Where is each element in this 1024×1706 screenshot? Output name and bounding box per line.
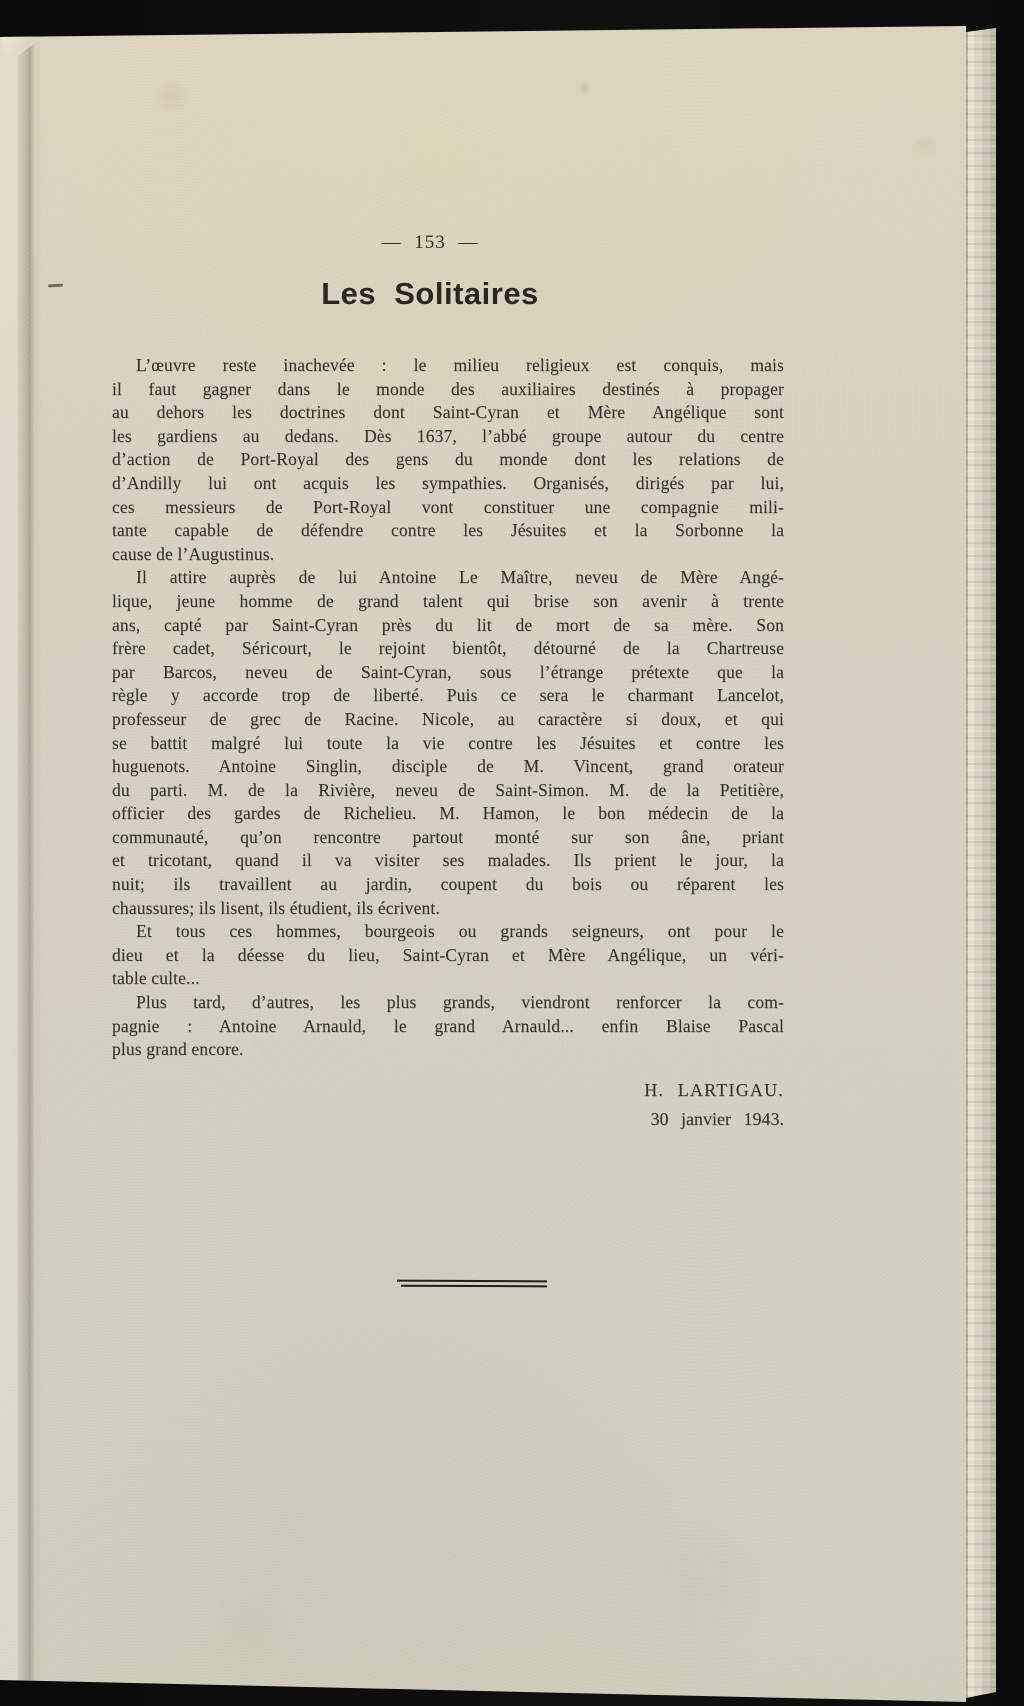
text-line: se battit malgré lui toute la vie contre… <box>112 732 784 756</box>
text-line: L’œuvre reste inachevée : le milieu reli… <box>112 354 784 378</box>
signature-block: H. LARTIGAU. 30 janvier 1943. <box>112 1076 784 1134</box>
text-line: ans, capté par Saint-Cyran près du lit d… <box>112 614 784 638</box>
paragraph-2: Il attire auprès de lui Antoine Le Maîtr… <box>112 566 784 920</box>
text-line: Il attire auprès de lui Antoine Le Maîtr… <box>112 566 784 590</box>
text-line: et tricotant, quand il va visiter ses ma… <box>112 849 784 873</box>
page-edge-stack <box>966 28 996 1698</box>
signature-author: H. LARTIGAU. <box>112 1076 784 1105</box>
text-line: nuit; ils travaillent au jardin, coupent… <box>112 873 784 897</box>
text-line: les gardiens au dedans. Dès 1637, l’abbé… <box>112 425 784 449</box>
text-line: plus grand encore. <box>112 1038 784 1062</box>
text-line: chaussures; ils lisent, ils étudient, il… <box>112 897 784 921</box>
text-line: officier des gardes de Richelieu. M. Ham… <box>112 802 784 826</box>
text-line: communauté, qu’on rencontre partout mont… <box>112 826 784 850</box>
scan-background: — 153 — Les Solitaires L’œuvre reste ina… <box>0 0 1024 1706</box>
book-page: — 153 — Les Solitaires L’œuvre reste ina… <box>0 26 966 1702</box>
text-line: du parti. M. de la Rivière, neveu de Sai… <box>112 779 784 803</box>
text-line: dieu et la déesse du lieu, Saint-Cyran e… <box>112 944 784 968</box>
text-line: Et tous ces hommes, bourgeois ou grands … <box>112 920 784 944</box>
page-number: — 153 — <box>100 232 760 254</box>
article-body: L’œuvre reste inachevée : le milieu reli… <box>112 354 784 1062</box>
text-line: par Barcos, neveu de Saint-Cyran, sous l… <box>112 661 784 685</box>
text-line: au dehors les doctrines dont Saint-Cyran… <box>112 401 784 425</box>
text-line: pagnie : Antoine Arnauld, le grand Arnau… <box>112 1015 784 1039</box>
text-line: d’action de Port-Royal des gens du monde… <box>112 448 784 472</box>
text-line: huguenots. Antoine Singlin, disciple de … <box>112 755 784 779</box>
end-divider-rule <box>397 1280 547 1288</box>
paragraph-1: L’œuvre reste inachevée : le milieu reli… <box>112 354 784 566</box>
divider-line-top <box>397 1280 547 1283</box>
text-line: règle y accorde trop de liberté. Puis ce… <box>112 684 784 708</box>
page-title: Les Solitaires <box>100 276 760 312</box>
signature-date: 30 janvier 1943. <box>112 1105 784 1134</box>
text-line: il faut gagner dans le monde des auxilia… <box>112 378 784 402</box>
text-line: lique, jeune homme de grand talent qui b… <box>112 590 784 614</box>
text-line: cause de l’Augustinus. <box>112 543 784 567</box>
paragraph-4: Plus tard, d’autres, les plus grands, vi… <box>112 991 784 1062</box>
text-line: frère cadet, Séricourt, le rejoint bient… <box>112 637 784 661</box>
text-line: d’Andilly lui ont acquis les sympathies.… <box>112 472 784 496</box>
text-line: Plus tard, d’autres, les plus grands, vi… <box>112 991 784 1015</box>
text-line: professeur de grec de Racine. Nicole, au… <box>112 708 784 732</box>
gutter-crease-shadow <box>16 26 42 1702</box>
text-line: ces messieurs de Port-Royal vont constit… <box>112 496 784 520</box>
text-line: table culte... <box>112 967 784 991</box>
margin-pencil-mark <box>48 283 63 287</box>
divider-line-bottom <box>401 1285 547 1288</box>
text-line: tante capable de défendre contre les Jés… <box>112 519 784 543</box>
paragraph-3: Et tous ces hommes, bourgeois ou grands … <box>112 920 784 991</box>
